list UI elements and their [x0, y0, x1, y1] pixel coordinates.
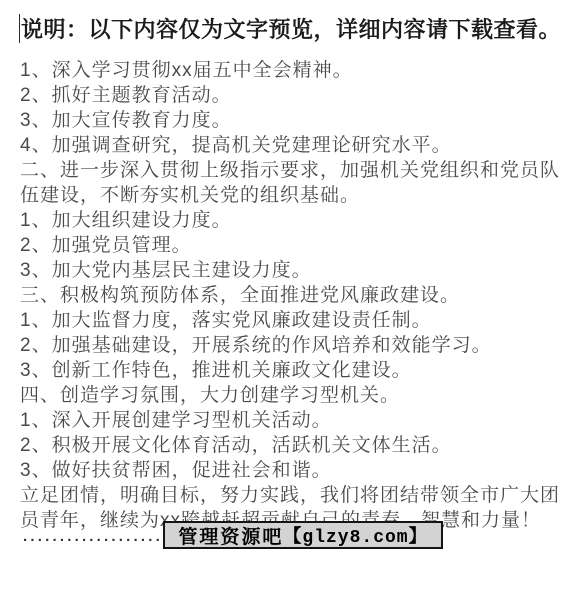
text-line: 四、创造学习氛围，大力创建学习型机关。 [20, 383, 560, 408]
document-preview-page: 说明：以下内容仅为文字预览，详细内容请下载查看。 1、深入学习贯彻xx届五中全会… [0, 0, 578, 600]
text-line: 2、加强党员管理。 [20, 233, 560, 258]
text-line: 3、做好扶贫帮困，促进社会和谐。 [20, 458, 560, 483]
text-line: 3、加大党内基层民主建设力度。 [20, 258, 560, 283]
text-line: 2、抓好主题教育活动。 [20, 83, 560, 108]
text-line: 2、积极开展文化体育活动，活跃机关文体生活。 [20, 433, 560, 458]
text-line: 4、加强调查研究，提高机关党建理论研究水平。 [20, 133, 560, 158]
preview-notice-heading: 说明：以下内容仅为文字预览，详细内容请下载查看。 [21, 13, 561, 44]
text-cursor [19, 14, 20, 43]
text-line: 1、加大监督力度，落实党风廉政建设责任制。 [20, 308, 560, 333]
text-line: 立足团情，明确目标，努力实践，我们将团结带领全市广大团 [20, 483, 560, 508]
text-line: 二、进一步深入贯彻上级指示要求，加强机关党组织和党员队 [20, 158, 560, 183]
text-line: 1、深入学习贯彻xx届五中全会精神。 [20, 58, 560, 83]
text-line: 3、加大宣传教育力度。 [20, 108, 560, 133]
text-line: 2、加强基础建设，开展系统的作风培养和效能学习。 [20, 333, 560, 358]
document-body: 1、深入学习贯彻xx届五中全会精神。 2、抓好主题教育活动。 3、加大宣传教育力… [20, 58, 560, 533]
watermark-badge: 管理资源吧【glzy8.com】 [163, 521, 443, 549]
watermark-site-name: 管理资源吧 [178, 522, 283, 549]
text-line: 3、创新工作特色，推进机关廉政文化建设。 [20, 358, 560, 383]
text-line: 1、加大组织建设力度。 [20, 208, 560, 233]
text-line: 伍建设，不断夯实机关党的组织基础。 [20, 183, 560, 208]
watermark-site-url: 【glzy8.com】 [283, 522, 427, 548]
text-line: 1、深入开展创建学习型机关活动。 [20, 408, 560, 433]
text-line: 三、积极构筑预防体系，全面推进党风廉政建设。 [20, 283, 560, 308]
